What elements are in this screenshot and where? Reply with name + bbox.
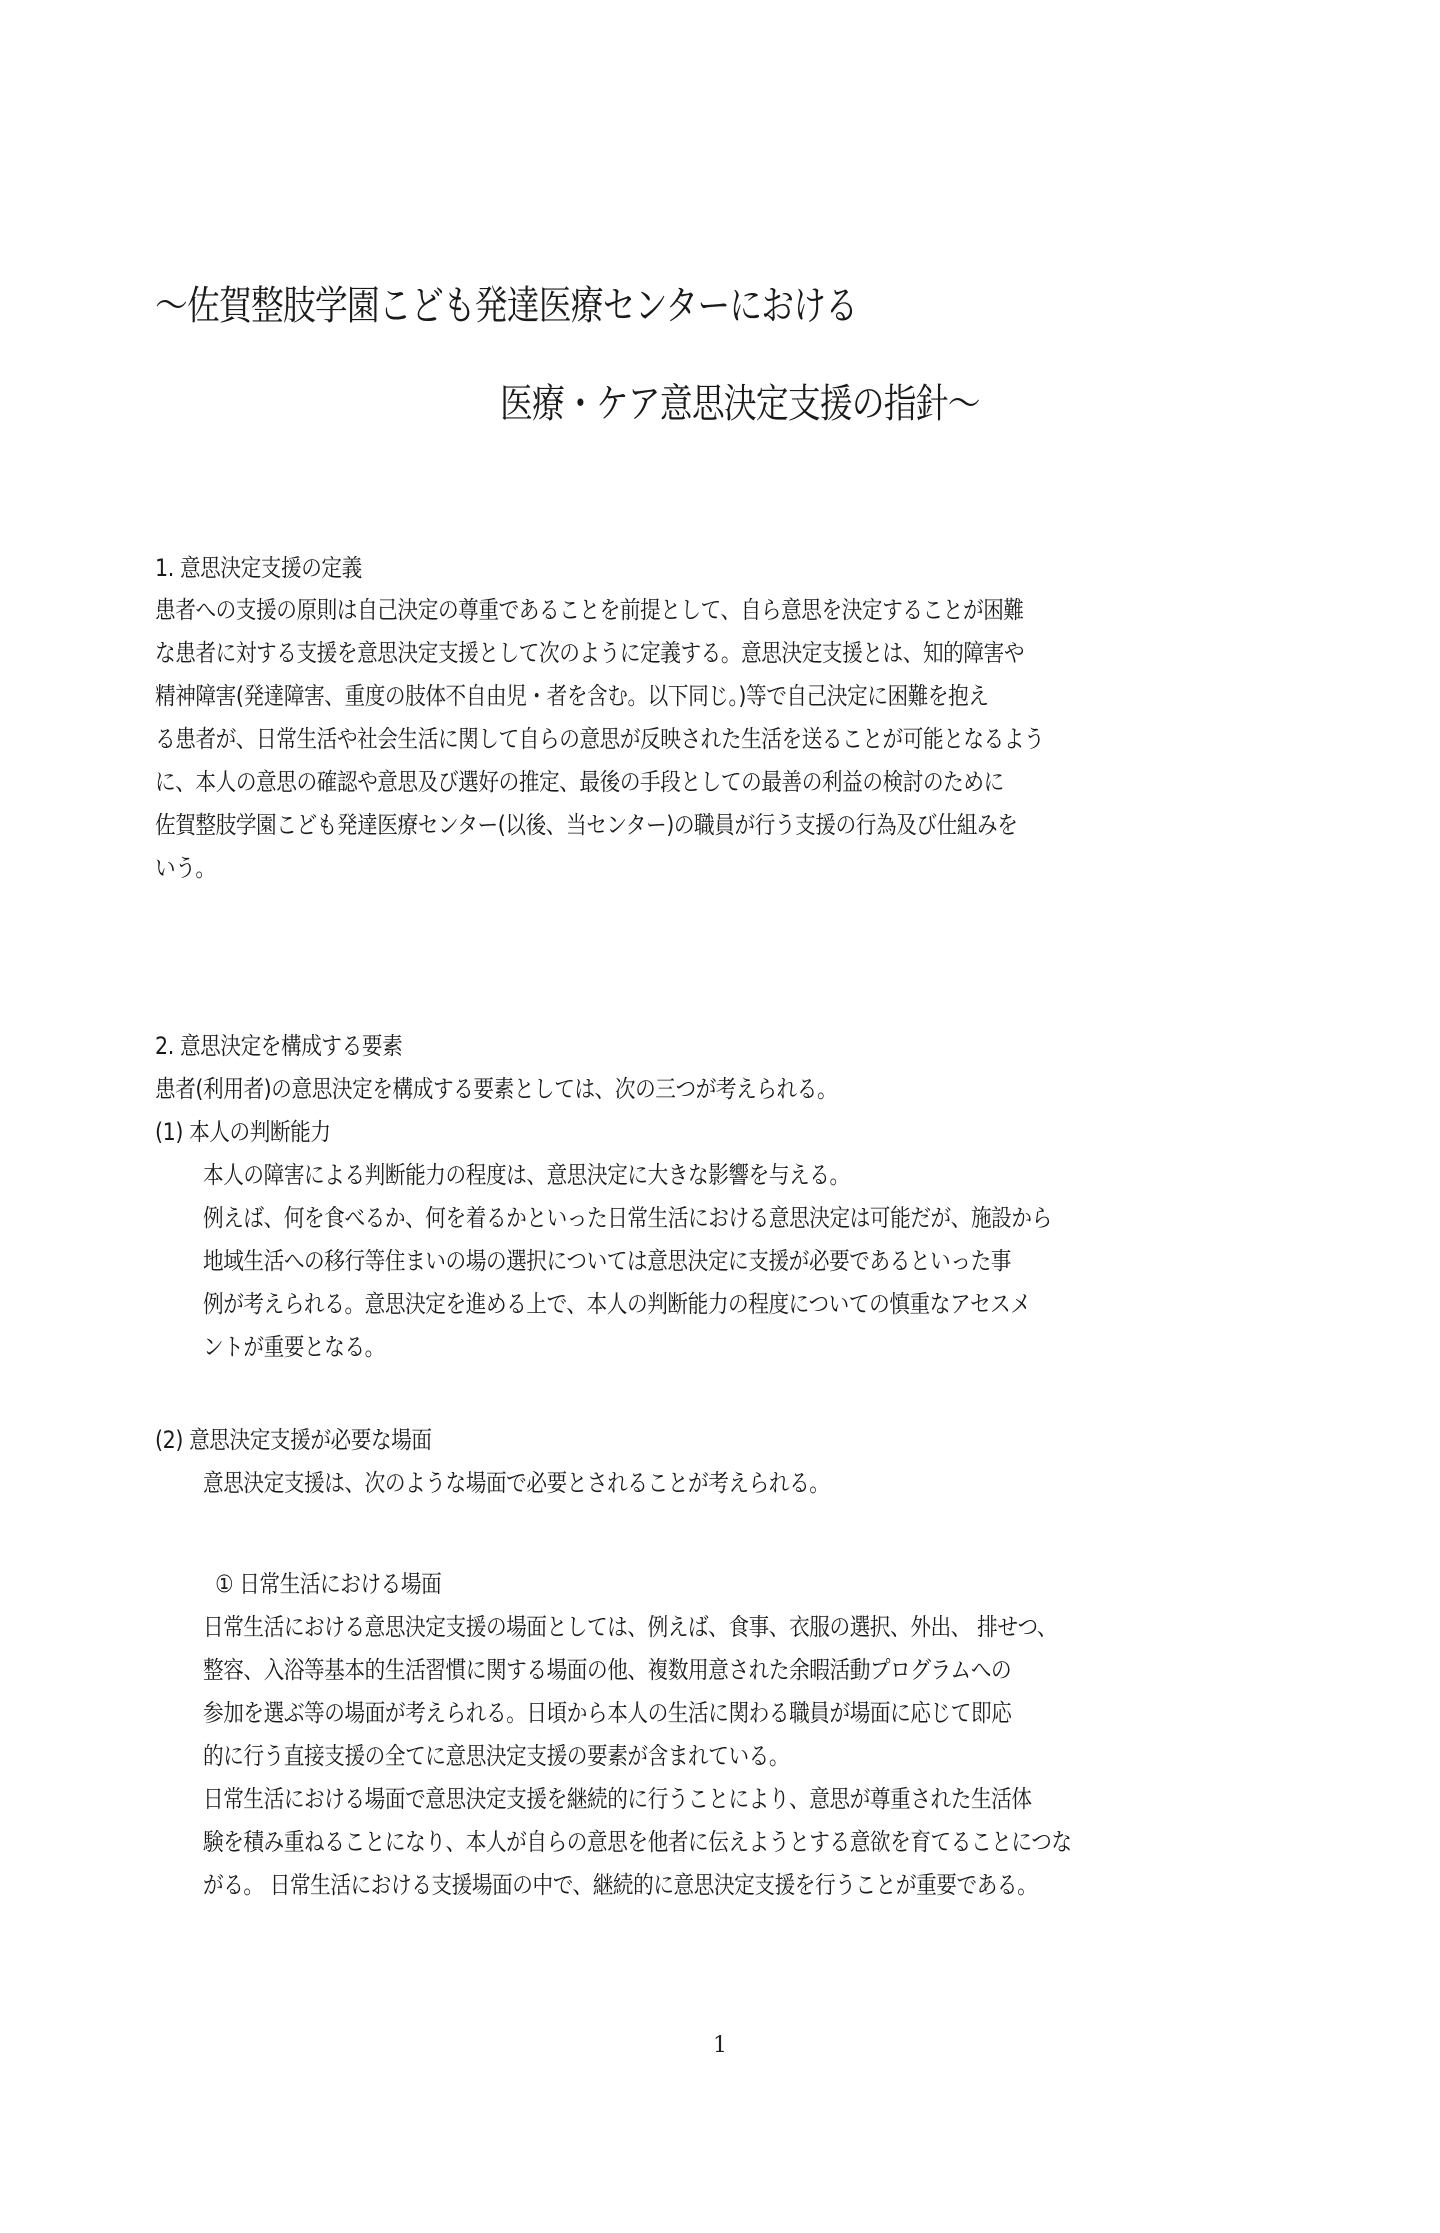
document-title-line2: 医療・ケア意思決定支援の指針～ (500, 378, 980, 430)
subsection-1-line: 例えば、何を食べるか、何を着るかといった日常生活における意思決定は可能だが、施設… (203, 1202, 1052, 1234)
subsection-1-line: 地域生活への移行等住まいの場の選択については意思決定に支援が必要であるといった事 (203, 1245, 1011, 1277)
item-1-line: 験を積み重ねることになり、本人が自らの意思を他者に伝えようとする意欲を育てること… (203, 1826, 1072, 1858)
item-1-line: 日常生活における意思決定支援の場面としては、例えば、食事、衣服の選択、外出、 排… (203, 1611, 1057, 1643)
section-2-intro: 患者(利用者)の意思決定を構成する要素としては、次の三つが考えられる。 (155, 1073, 837, 1105)
section-1-heading: 1. 意思決定支援の定義 (155, 552, 362, 584)
item-1-line: 整容、入浴等基本的生活習慣に関する場面の他、複数用意された余暇活動プログラムへの (203, 1654, 1011, 1686)
subsection-1-line: 例が考えられる。意思決定を進める上で、本人の判断能力の程度についての慎重なアセス… (203, 1288, 1031, 1320)
section-1-paragraph-line: る患者が、日常生活や社会生活に関して自らの意思が反映された生活を送ることが可能と… (155, 723, 1044, 755)
section-1-paragraph-line: 患者への支援の原則は自己決定の尊重であることを前提として、自ら意思を決定すること… (155, 594, 1024, 626)
document-title-line1: ～佐賀整肢学園こども発達医療センターにおける (155, 280, 857, 332)
section-1-paragraph-line: に、本人の意思の確認や意思及び選好の推定、最後の手段としての最善の利益の検討のた… (155, 766, 1004, 798)
subsection-1-line: 本人の障害による判断能力の程度は、意思決定に大きな影響を与える。 (203, 1159, 850, 1191)
subsection-1-heading: (1) 本人の判断能力 (155, 1116, 331, 1148)
section-2-heading: 2. 意思決定を構成する要素 (155, 1030, 402, 1062)
section-1-paragraph-line: な患者に対する支援を意思決定支援として次のように定義する。意思決定支援とは、知的… (155, 637, 1024, 669)
subsection-2-heading: (2) 意思決定支援が必要な場面 (155, 1424, 432, 1456)
section-1-paragraph-line: 佐賀整肢学園こども発達医療センター(以後、当センター)の職員が行う支援の行為及び… (155, 809, 1017, 841)
item-1-line: 的に行う直接支援の全てに意思決定支援の要素が含まれている。 (203, 1740, 789, 1772)
item-1-line: 日常生活における場面で意思決定支援を継続的に行うことにより、意思が尊重された生活… (203, 1783, 1032, 1815)
subsection-1-line: ントが重要となる。 (203, 1331, 385, 1363)
section-1-paragraph-line: いう。 (155, 852, 216, 884)
item-1-heading: ① 日常生活における場面 (215, 1568, 441, 1600)
document-page: ～佐賀整肢学園こども発達医療センターにおける 医療・ケア意思決定支援の指針～ 1… (0, 0, 1440, 2233)
page-number: 1 (0, 2033, 1440, 2058)
item-1-line: がる。 日常生活における支援場面の中で、継続的に意思決定支援を行うことが重要であ… (203, 1869, 1037, 1901)
item-1-line: 参加を選ぶ等の場面が考えられる。日頃から本人の生活に関わる職員が場面に応じて即応 (203, 1697, 1011, 1729)
subsection-2-intro: 意思決定支援は、次のような場面で必要とされることが考えられる。 (203, 1467, 830, 1499)
section-1-paragraph-line: 精神障害(発達障害、重度の肢体不自由児・者を含む。以下同じ。)等で自己決定に困難… (155, 680, 989, 712)
